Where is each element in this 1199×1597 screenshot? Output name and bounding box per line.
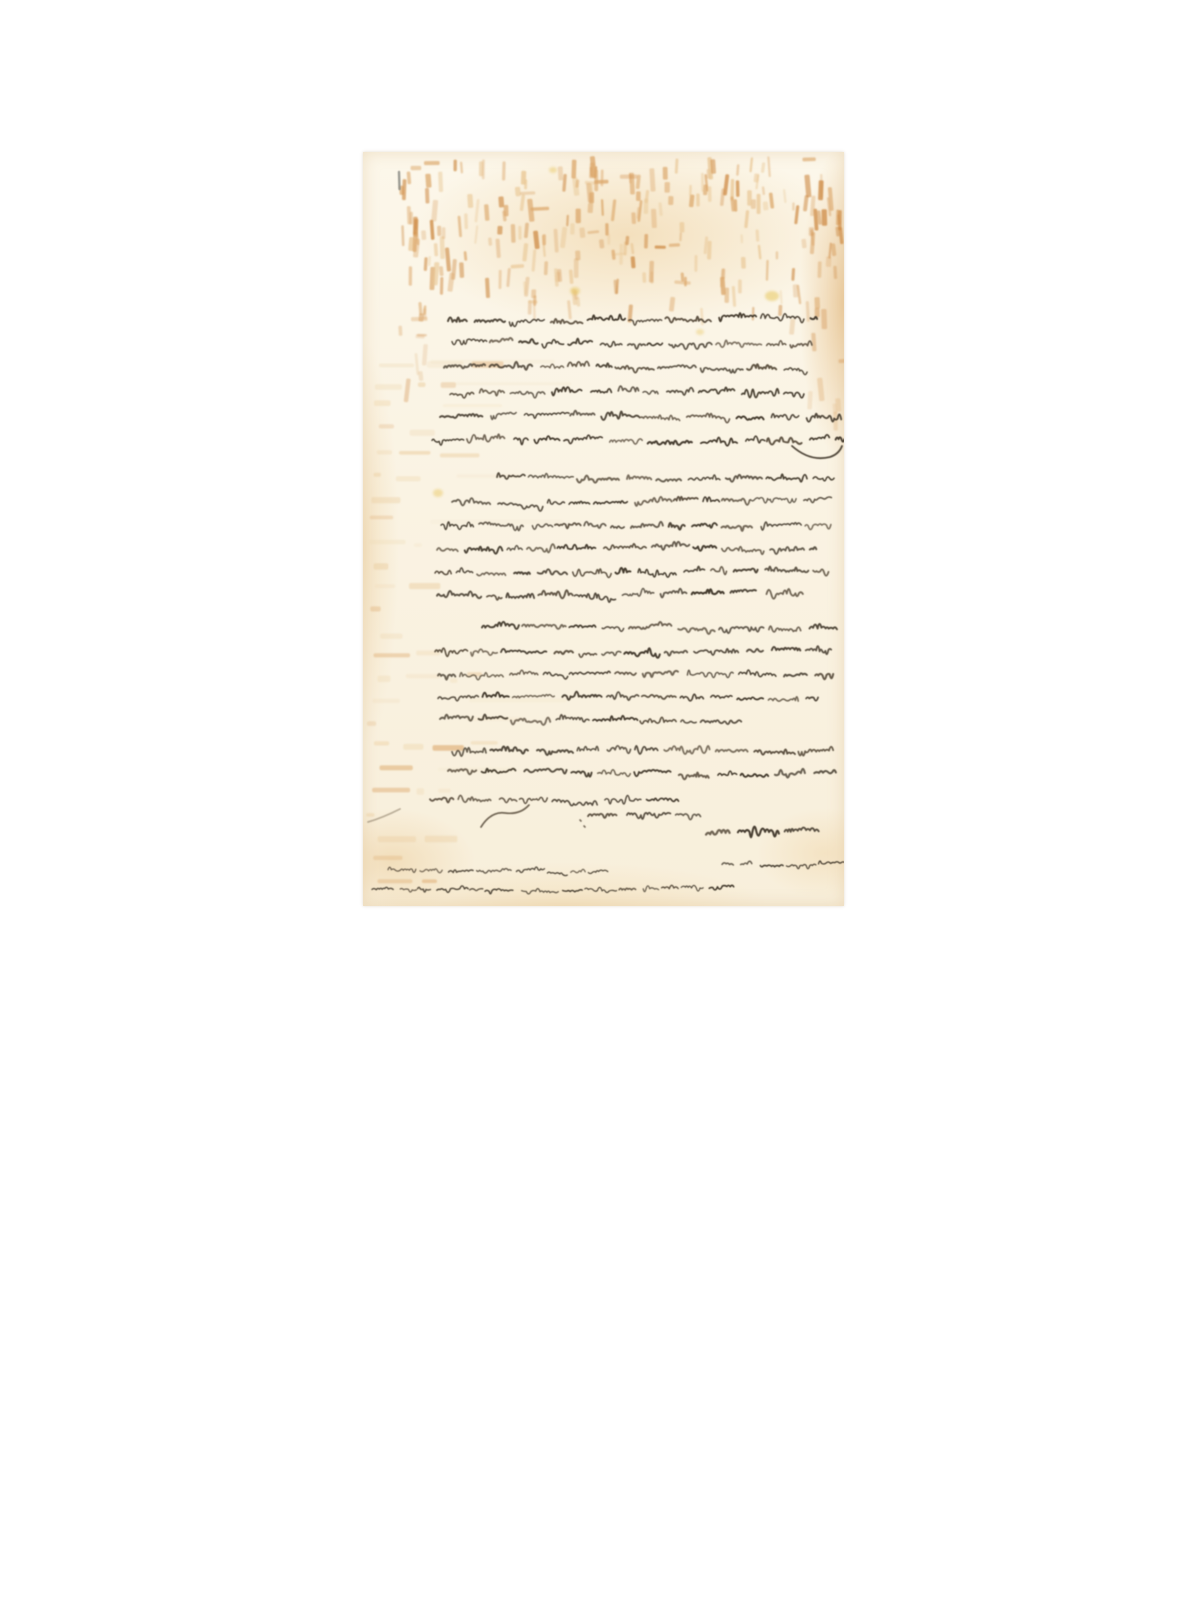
handwriting-ink-layer: [372, 313, 844, 894]
scanned-letter-page: [0, 0, 1199, 1597]
letter-artwork: [363, 152, 844, 906]
stray-marks-layer: [368, 172, 585, 827]
letter-paper: [363, 152, 844, 906]
